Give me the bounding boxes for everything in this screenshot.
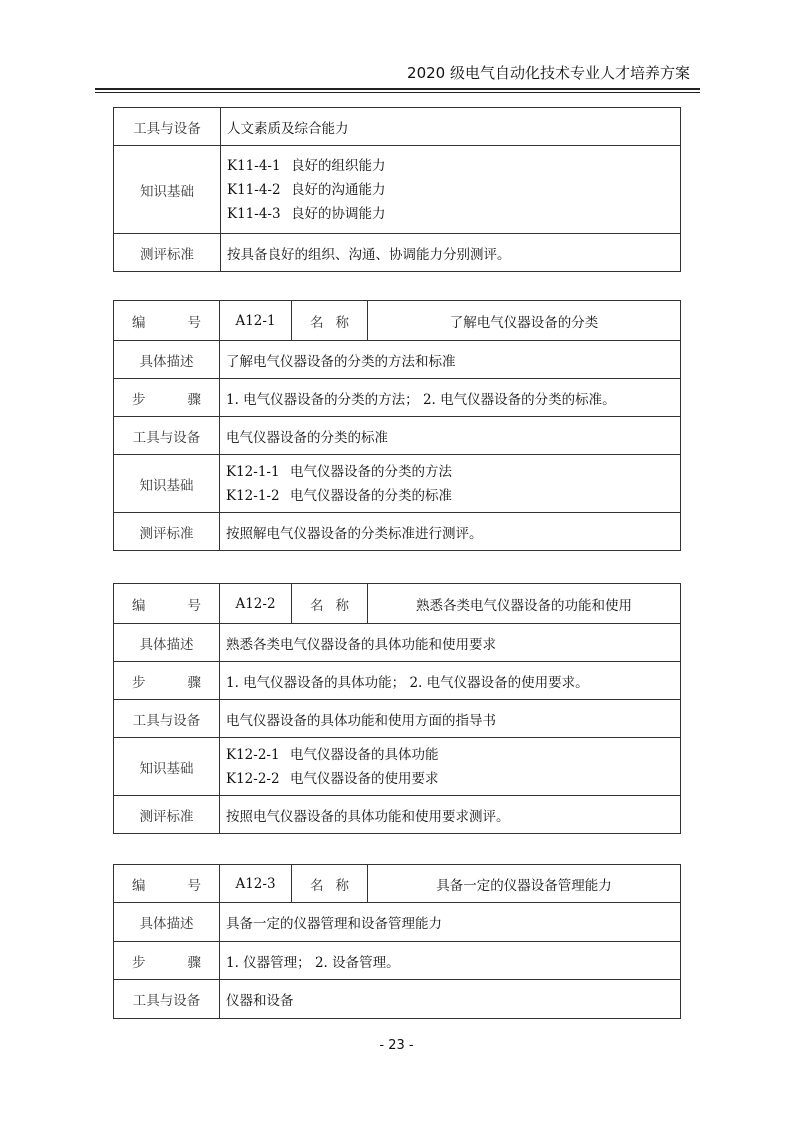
description-value: 熟悉各类电气仪器设备的具体功能和使用要求 [220, 624, 681, 662]
tools-value: 电气仪器设备的具体功能和使用方面的指导书 [220, 700, 681, 738]
tools-label: 工具与设备 [114, 980, 220, 1019]
knowledge-label: 知识基础 [114, 455, 220, 513]
item-code: A12-1 [220, 301, 292, 341]
header-rule [95, 88, 700, 93]
name-label: 名称 [292, 865, 368, 903]
page-header: 2020 级电气自动化技术专业人才培养方案 [95, 62, 700, 93]
description-value: 具备一定的仪器管理和设备管理能力 [220, 903, 681, 942]
page-number: - 23 - [0, 1038, 793, 1053]
competency-table-continued: 工具与设备 人文素质及综合能力 知识基础 K11-4-1良好的组织能力 K11-… [113, 107, 681, 272]
knowledge-list: K12-2-1电气仪器设备的具体功能 K12-2-2电气仪器设备的使用要求 [220, 738, 681, 796]
document-title: 2020 级电气自动化技术专业人才培养方案 [95, 62, 700, 84]
knowledge-item: K11-4-1良好的组织能力 [227, 154, 674, 178]
evaluation-value: 按照解电气仪器设备的分类标准进行测评。 [220, 513, 681, 551]
item-code: A12-2 [220, 584, 292, 624]
number-label: 编号 [114, 865, 220, 903]
steps-label: 步骤 [114, 379, 220, 417]
tools-label: 工具与设备 [114, 417, 220, 455]
item-name: 熟悉各类电气仪器设备的功能和使用 [368, 584, 681, 624]
description-label: 具体描述 [114, 903, 220, 942]
knowledge-list: K11-4-1良好的组织能力 K11-4-2良好的沟通能力 K11-4-3良好的… [221, 146, 681, 234]
name-label: 名称 [292, 584, 368, 624]
name-label: 名称 [292, 301, 368, 341]
evaluation-label: 测评标准 [114, 796, 220, 834]
knowledge-item: K11-4-2良好的沟通能力 [227, 178, 674, 202]
steps-value: 1. 仪器管理； 2. 设备管理。 [220, 942, 681, 980]
tools-value: 仪器和设备 [220, 980, 681, 1019]
knowledge-item: K12-2-2电气仪器设备的使用要求 [226, 767, 674, 791]
steps-value: 1. 电气仪器设备的具体功能； 2. 电气仪器设备的使用要求。 [220, 662, 681, 700]
competency-table-a12-3: 编号 A12-3 名称 具备一定的仪器设备管理能力 具体描述 具备一定的仪器管理… [113, 864, 681, 1019]
knowledge-label: 知识基础 [114, 146, 221, 234]
competency-table-a12-2: 编号 A12-2 名称 熟悉各类电气仪器设备的功能和使用 具体描述 熟悉各类电气… [113, 583, 681, 834]
steps-label: 步骤 [114, 662, 220, 700]
number-label: 编号 [114, 301, 220, 341]
tools-label: 工具与设备 [114, 700, 220, 738]
knowledge-item: K12-1-1电气仪器设备的分类的方法 [226, 460, 674, 484]
steps-label: 步骤 [114, 942, 220, 980]
description-value: 了解电气仪器设备的分类的方法和标准 [220, 341, 681, 379]
description-label: 具体描述 [114, 341, 220, 379]
evaluation-label: 测评标准 [114, 234, 221, 272]
competency-table-a12-1: 编号 A12-1 名称 了解电气仪器设备的分类 具体描述 了解电气仪器设备的分类… [113, 300, 681, 551]
evaluation-value: 按具备良好的组织、沟通、协调能力分别测评。 [221, 234, 681, 272]
tools-value: 电气仪器设备的分类的标准 [220, 417, 681, 455]
evaluation-label: 测评标准 [114, 513, 220, 551]
item-name: 了解电气仪器设备的分类 [368, 301, 681, 341]
tools-value: 人文素质及综合能力 [221, 108, 681, 146]
tools-label: 工具与设备 [114, 108, 221, 146]
knowledge-label: 知识基础 [114, 738, 220, 796]
knowledge-list: K12-1-1电气仪器设备的分类的方法 K12-1-2电气仪器设备的分类的标准 [220, 455, 681, 513]
steps-value: 1. 电气仪器设备的分类的方法； 2. 电气仪器设备的分类的标准。 [220, 379, 681, 417]
knowledge-item: K12-2-1电气仪器设备的具体功能 [226, 743, 674, 767]
item-name: 具备一定的仪器设备管理能力 [368, 865, 681, 903]
knowledge-item: K12-1-2电气仪器设备的分类的标准 [226, 484, 674, 508]
item-code: A12-3 [220, 865, 292, 903]
number-label: 编号 [114, 584, 220, 624]
evaluation-value: 按照电气仪器设备的具体功能和使用要求测评。 [220, 796, 681, 834]
knowledge-item: K11-4-3良好的协调能力 [227, 202, 674, 226]
description-label: 具体描述 [114, 624, 220, 662]
